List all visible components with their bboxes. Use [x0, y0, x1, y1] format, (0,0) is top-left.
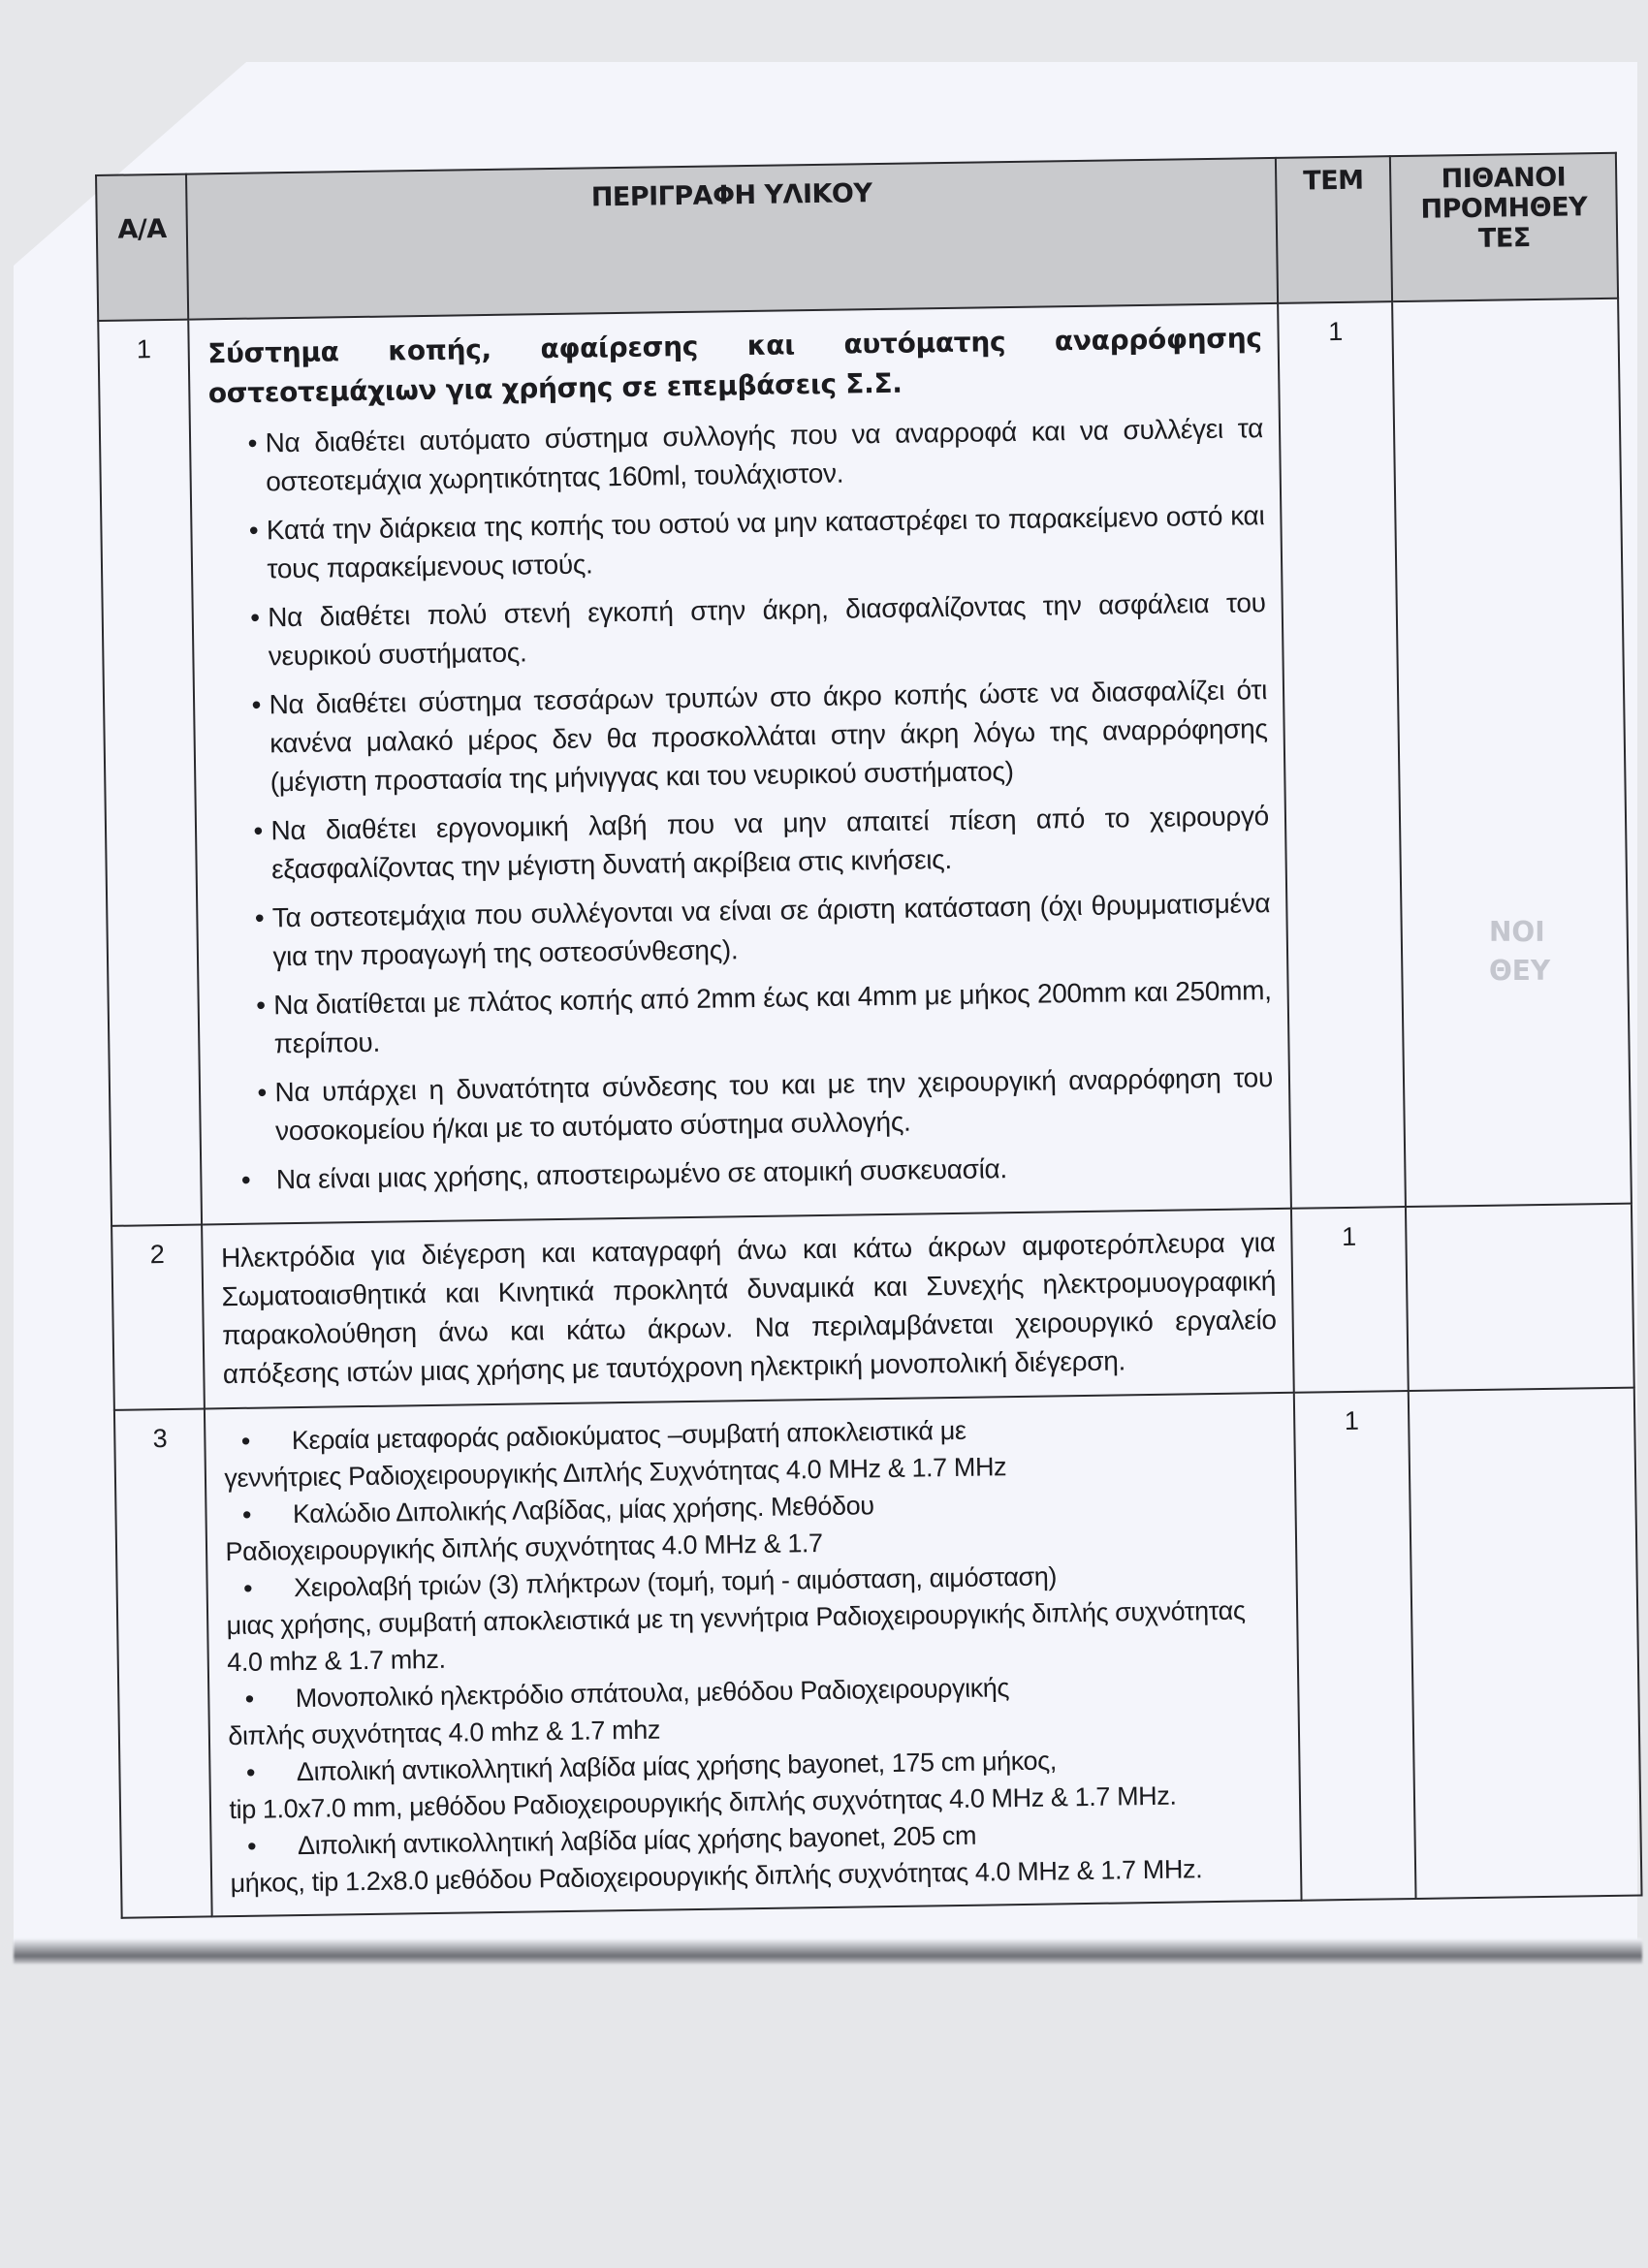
spec-item: Τα οστεοτεμάχια που συλλέγονται να είναι… [272, 884, 1272, 976]
suppliers-cell [1392, 299, 1631, 1207]
spec-list: Να διαθέτει αυτόματο σύστημα συλλογής πο… [208, 409, 1274, 1200]
header-suppliers: ΠΙΘΑΝΟΙ ΠΡΟΜΗΘΕΥ ΤΕΣ [1390, 153, 1618, 301]
row-number: 2 [111, 1224, 205, 1409]
spec-item: Κατά την διάρκεια της κοπής του οστού να… [267, 496, 1266, 588]
spec-item: Να διαθέτει πολύ στενή εγκοπή στην άκρη,… [268, 583, 1267, 676]
header-aa: Α/Α [96, 174, 189, 321]
spec-item: •Διπολική αντικολλητική λαβίδα μίας χρήσ… [230, 1812, 1285, 1902]
description-cell: •Κεραία μεταφοράς ραδιοκύματος –συμβατή … [205, 1393, 1301, 1917]
description-cell: Ηλεκτρόδια για διέγερση και καταγραφή άν… [203, 1209, 1294, 1409]
spec-item-first-line: Καλώδιο Διπολικής Λαβίδας, μίας χρήσης. … [293, 1491, 874, 1528]
spec-item-continuation: μήκος, tip 1.2x8.0 μεθόδου Ραδιοχειρουργ… [230, 1854, 1202, 1898]
spec-item-first-line: Κεραία μεταφοράς ραδιοκύματος –συμβατή α… [292, 1416, 967, 1455]
spec-item-first-line: Μονοπολικό ηλεκτρόδιο σπάτουλα, μεθόδου … [296, 1673, 1010, 1713]
page-bottom-edge-shadow [14, 1938, 1642, 1964]
spec-item: •Διπολική αντικολλητική λαβίδα μίας χρήσ… [229, 1739, 1284, 1828]
spec-item: Να είναι μιας χρήσης, αποστειρωμένο σε α… [276, 1146, 1275, 1199]
quantity-cell: 1 [1278, 301, 1406, 1209]
spec-item-continuation: διπλής συχνότητας 4.0 mhz & 1.7 mhz [228, 1716, 660, 1751]
header-tem: ΤΕΜ [1276, 156, 1393, 303]
item-description: Ηλεκτρόδια για διέγερση και καταγραφή άν… [221, 1223, 1278, 1394]
spec-item-first-line: Χειρολαβή τριών (3) πλήκτρων (τομή, τομή… [294, 1561, 1057, 1602]
item-title: Σύστημα κοπής, αφαίρεσης και αυτόματης α… [207, 318, 1263, 413]
table-row: 3 •Κεραία μεταφοράς ραδιοκύματος –συμβατ… [114, 1388, 1642, 1918]
spec-item: Να διατίθεται με πλάτος κοπής από 2mm έω… [273, 971, 1273, 1063]
suppliers-cell [1406, 1204, 1633, 1391]
row-number: 3 [114, 1408, 212, 1917]
spec-item: Να διαθέτει σύστημα τεσσάρων τρυπών στο … [269, 671, 1268, 802]
spec-item-continuation: μιας χρήσης, συμβατή αποκλειστικά με τη … [226, 1596, 1245, 1678]
header-description: ΠΕΡΙΓΡΑΦΗ ΥΛΙΚΟΥ [186, 158, 1278, 320]
spec-item-continuation: Ραδιοχειρουργικής διπλής συχνότητας 4.0 … [225, 1528, 823, 1566]
spec-item: Να διαθέτει αυτόματο σύστημα συλλογής πο… [265, 409, 1264, 501]
spec-item: Να υπάρχει η δυνατότητα σύνδεσης του και… [274, 1058, 1274, 1150]
spec-item-first-line: Διπολική αντικολλητική λαβίδα μίας χρήση… [297, 1746, 1057, 1786]
row-number: 1 [98, 320, 202, 1226]
spec-item-first-line: Διπολική αντικολλητική λαβίδα μίας χρήση… [298, 1821, 976, 1860]
description-cell: Σύστημα κοπής, αφαίρεσης και αυτόματης α… [189, 303, 1291, 1225]
materials-table: Α/Α ΠΕΡΙΓΡΑΦΗ ΥΛΙΚΟΥ ΤΕΜ ΠΙΘΑΝΟΙ ΠΡΟΜΗΘΕ… [95, 152, 1643, 1919]
table-header-row: Α/Α ΠΕΡΙΓΡΑΦΗ ΥΛΙΚΟΥ ΤΕΜ ΠΙΘΑΝΟΙ ΠΡΟΜΗΘΕ… [96, 153, 1618, 321]
table-row: 2 Ηλεκτρόδια για διέγερση και καταγραφή … [111, 1204, 1634, 1410]
quantity-cell: 1 [1294, 1391, 1416, 1901]
quantity-cell: 1 [1291, 1207, 1409, 1393]
suppliers-cell [1409, 1388, 1641, 1899]
table-row: 1 Σύστημα κοπής, αφαίρεσης και αυτόματης… [98, 299, 1632, 1226]
spec-item: •Χειρολαβή τριών (3) πλήκτρων (τομή, τομ… [226, 1555, 1282, 1681]
spec-item-continuation: γεννήτριες Ραδιοχειρουργικής Διπλής Συχν… [224, 1452, 1006, 1493]
spec-list: •Κεραία μεταφοράς ραδιοκύματος –συμβατή … [224, 1407, 1285, 1902]
spec-item: Να διαθέτει εργονομική λαβή που να μην α… [270, 797, 1270, 889]
